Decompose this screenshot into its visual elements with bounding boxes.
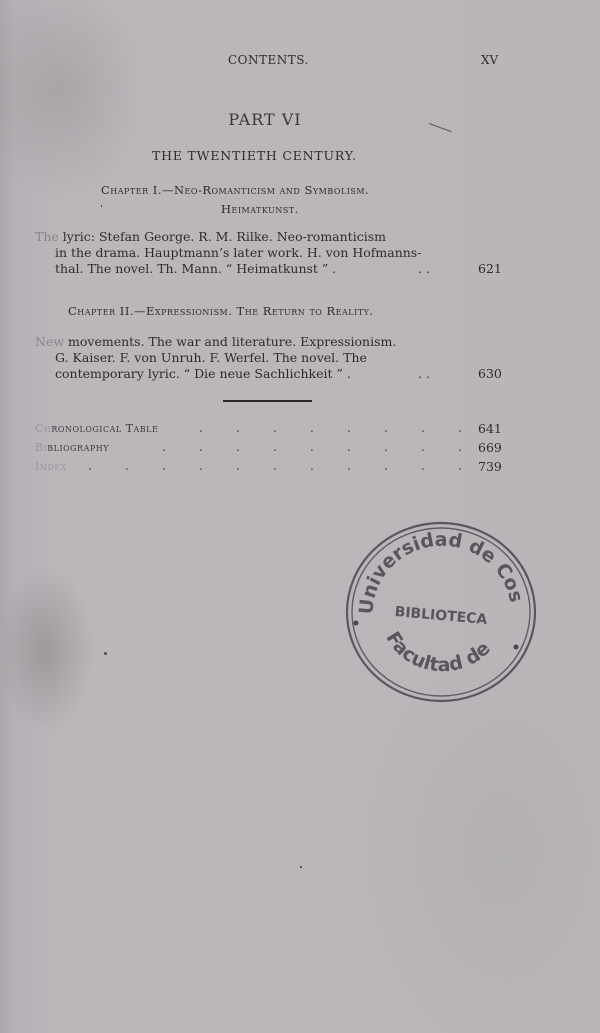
chapter-2-entry-line-1: New movements. The war and literature. E…	[35, 334, 396, 350]
stamp-top-text: Universidad de Costa Rica	[343, 519, 527, 615]
library-stamp: Universidad de Costa Rica Facultad de Le…	[343, 519, 539, 705]
chapter-1-heading: Chapter I.—Neo-Romanticism and Symbolism…	[101, 183, 369, 197]
index-page-number: 739	[478, 459, 502, 474]
paper-speck	[300, 866, 302, 868]
section-divider-rule	[223, 400, 312, 402]
paper-speck	[104, 652, 107, 655]
stamp-seal-icon: Universidad de Costa Rica Facultad de Le…	[343, 519, 539, 705]
chapter-1-heading-continued: Heimatkunst.	[221, 202, 299, 216]
chapter-1-leader: . .	[418, 261, 430, 276]
chapter-2-entry-line-3: contemporary lyric. “ Die neue Sachlichk…	[55, 366, 351, 382]
chronological-table-page-number: 641	[478, 421, 502, 436]
entry-text: G. Kaiser. F. von Unruh. F. Werfel. The …	[55, 350, 367, 365]
entry-text: in the drama. Hauptmann’s later work. H.…	[55, 245, 421, 260]
part-title: PART VI	[0, 110, 530, 129]
faded-text: Index	[35, 460, 67, 473]
stamp-center-text: BIBLIOTECA	[394, 604, 488, 628]
chapter-1-page-number: 621	[478, 261, 502, 276]
entry-text: contemporary lyric. “ Die neue Sachlichk…	[55, 366, 351, 381]
page-folio: XV	[481, 53, 498, 67]
chapter-1-entry-line-1: The lyric: Stefan George. R. M. Rilke. N…	[35, 229, 386, 245]
entry-text: movements. The war and literature. Expre…	[64, 334, 396, 349]
entry-text: thal. The novel. Th. Mann. “ Heimatkunst…	[55, 261, 336, 276]
faded-text: The	[35, 229, 59, 244]
back-matter-chronological-table: Chronological Table	[35, 422, 158, 435]
svg-text:Universidad de Costa Rica: Universidad de Costa Rica	[343, 519, 527, 615]
chapter-2-page-number: 630	[478, 366, 502, 381]
back-matter-index: Index	[35, 460, 67, 473]
running-head: CONTENTS.	[228, 53, 309, 67]
faded-text: Bi	[35, 441, 47, 454]
entry-label: ronological Table	[51, 422, 158, 435]
faded-text: Ch	[35, 422, 51, 435]
entry-label: bliography	[47, 441, 109, 454]
chapter-2-entry-line-2: G. Kaiser. F. von Unruh. F. Werfel. The …	[55, 350, 367, 366]
paper-speck	[101, 205, 102, 207]
bibliography-page-number: 669	[478, 440, 502, 455]
chapter-1-entry-line-3: thal. The novel. Th. Mann. “ Heimatkunst…	[55, 261, 336, 277]
entry-text: lyric: Stefan George. R. M. Rilke. Neo-r…	[59, 229, 386, 244]
faded-text: New	[35, 334, 64, 349]
part-subtitle: THE TWENTIETH CENTURY.	[152, 148, 357, 163]
chapter-2-leader: . .	[418, 366, 430, 381]
chapter-2-heading: Chapter II.—Expressionism. The Return to…	[68, 304, 374, 318]
back-matter-bibliography: Bibliography	[35, 441, 109, 454]
chapter-1-entry-line-2: in the drama. Hauptmann’s later work. H.…	[55, 245, 421, 261]
part-title-text: PART VI	[228, 110, 301, 129]
